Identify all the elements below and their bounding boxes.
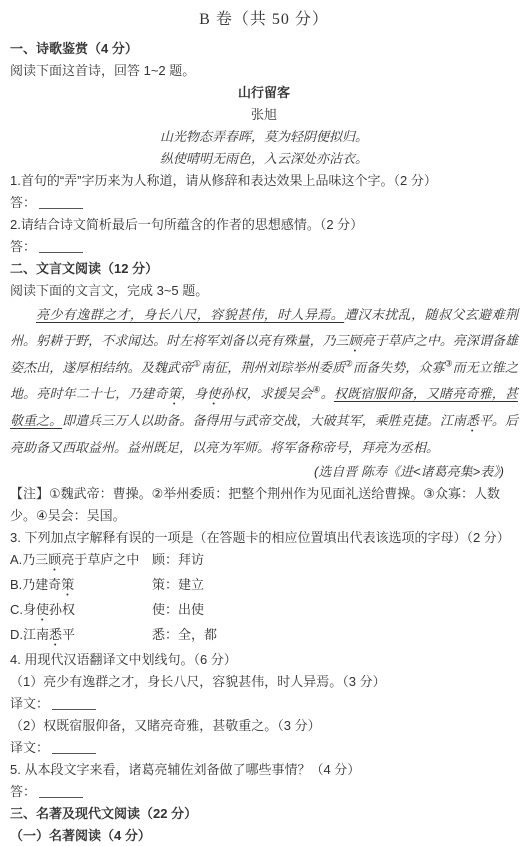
text-run: ②	[345, 359, 353, 369]
section-classical-heading: 二、文言文阅读（12 分）	[10, 258, 518, 280]
text-run: 顾	[349, 333, 362, 348]
text-run: 使	[207, 386, 220, 401]
option-c-phrase: C.身使孙权	[10, 599, 152, 624]
question-3: 3. 下列加点字解释有误的一项是（在答题卡的相应位置填出代表该选项的字母）（2 …	[10, 527, 518, 549]
question-4-sub-2: （2）权既宿服仰备，又睹亮奇雅，甚敬重之。（3 分）	[10, 715, 518, 737]
answer-blank	[39, 785, 83, 798]
answer-blank	[52, 741, 96, 754]
text-run: 使	[36, 602, 49, 617]
text-run: 策	[61, 577, 74, 592]
answer-line-5: 答：	[10, 781, 518, 803]
option-d-phrase: D.江南悉平	[10, 624, 152, 649]
text-run: 答：	[10, 784, 36, 799]
text-run: 亮少有逸群之才，身长八尺，容貌甚伟，时人异焉。	[36, 307, 344, 322]
text-run: 译文：	[10, 740, 49, 755]
question-2: 2.请结合诗文简析最后一句所蕴含的作者的思想感情。（2 分）	[10, 214, 518, 236]
option-b-phrase: B.乃建奇策	[10, 574, 152, 599]
poem-line-2: 纵使晴明无雨色，入云深处亦沾衣。	[10, 148, 518, 170]
option-c-definition: 使：出使	[152, 599, 518, 624]
text-run: ，身	[181, 386, 207, 401]
question-4-sub-1: （1）亮少有逸群之才，身长八尺，容貌甚伟，时人异焉。（3 分）	[10, 671, 518, 693]
option-d-definition: 悉：全，都	[152, 624, 518, 649]
exam-page: B 卷（共 50 分） 一、诗歌鉴赏（4 分） 阅读下面这首诗，回答 1~2 题…	[0, 0, 528, 846]
text-run: D.江南	[10, 627, 49, 642]
option-row-d: D.江南悉平 悉：全，都	[10, 624, 518, 649]
poem-title: 山行留客	[10, 82, 518, 104]
text-run: 南征，荆州刘琮举州委质	[201, 360, 345, 375]
text-run: ④	[313, 385, 321, 395]
text-run: 。	[321, 386, 334, 401]
modern-sub-heading: （一）名著阅读（4 分）	[10, 825, 518, 846]
poem-author: 张旭	[10, 104, 518, 126]
text-run: 即遣兵三万人以助备。备得用与武帝交战，大破其军，乘胜克捷。江南	[62, 413, 466, 428]
option-a-phrase: A.乃三顾亮于草庐之中	[10, 549, 152, 574]
option-row-c: C.身使孙权 使：出使	[10, 599, 518, 624]
passage-notes: 【注】①魏武帝：曹操。②举州委质：把整个荆州作为见面礼送给曹操。③众寡：人数少。…	[10, 483, 518, 527]
option-b-definition: 策：建立	[152, 574, 518, 599]
text-run: 而备失势，众寡	[353, 360, 445, 375]
text-run: 译文：	[10, 696, 49, 711]
text-run: ③	[445, 359, 453, 369]
text-run: 悉	[49, 627, 62, 642]
translation-line-1: 译文：	[10, 693, 518, 715]
question-5: 5. 从本段文字来看，诸葛亮辅佐刘备做了哪些事情？（4 分）	[10, 759, 518, 781]
text-run: 孙权，求援吴会	[220, 386, 312, 401]
text-run: A.乃三	[10, 552, 48, 567]
answer-line-1: 答：	[10, 192, 518, 214]
page-title: B 卷（共 50 分）	[10, 6, 518, 34]
poem-line-1: 山光物态弄春晖，莫为轻阴便拟归。	[10, 126, 518, 148]
question-1: 1.首句的“弄”字历来为人称道，请从修辞和表达效果上品味这个字。（2 分）	[10, 170, 518, 192]
text-run: 亮于草庐之中	[61, 552, 139, 567]
classical-passage: 亮少有逸群之才，身长八尺，容貌甚伟，时人异焉。遭汉末扰乱，随叔父玄避难荆州。躬耕…	[10, 302, 518, 461]
text-run: 策	[168, 386, 181, 401]
text-run: 答：	[10, 239, 36, 254]
answer-blank	[52, 697, 96, 710]
classical-intro: 阅读下面的文言文，完成 3~5 题。	[10, 280, 518, 302]
section-poetry-heading: 一、诗歌鉴赏（4 分）	[10, 38, 518, 60]
text-run: B.乃建奇	[10, 577, 61, 592]
section-modern-heading: 三、名著及现代文阅读（22 分）	[10, 803, 518, 825]
option-a-definition: 顾：拜访	[152, 549, 518, 574]
text-run: C.身	[10, 602, 36, 617]
option-row-a: A.乃三顾亮于草庐之中 顾：拜访	[10, 549, 518, 574]
text-run: ①	[193, 359, 201, 369]
option-row-b: B.乃建奇策 策：建立	[10, 574, 518, 599]
answer-line-2: 答：	[10, 236, 518, 258]
text-run: 悉	[466, 413, 479, 428]
text-run: 答：	[10, 195, 36, 210]
answer-blank	[39, 196, 83, 209]
text-run: 孙权	[49, 602, 75, 617]
text-run: 顾	[48, 552, 61, 567]
translation-line-2: 译文：	[10, 737, 518, 759]
passage-citation: (选自晋 陈寿《进<诸葛亮集>表》)	[10, 461, 518, 483]
text-run: 平	[62, 627, 75, 642]
question-4: 4. 用现代汉语翻译文中划线句。（6 分）	[10, 649, 518, 671]
answer-blank	[39, 240, 83, 253]
poetry-intro: 阅读下面这首诗，回答 1~2 题。	[10, 60, 518, 82]
